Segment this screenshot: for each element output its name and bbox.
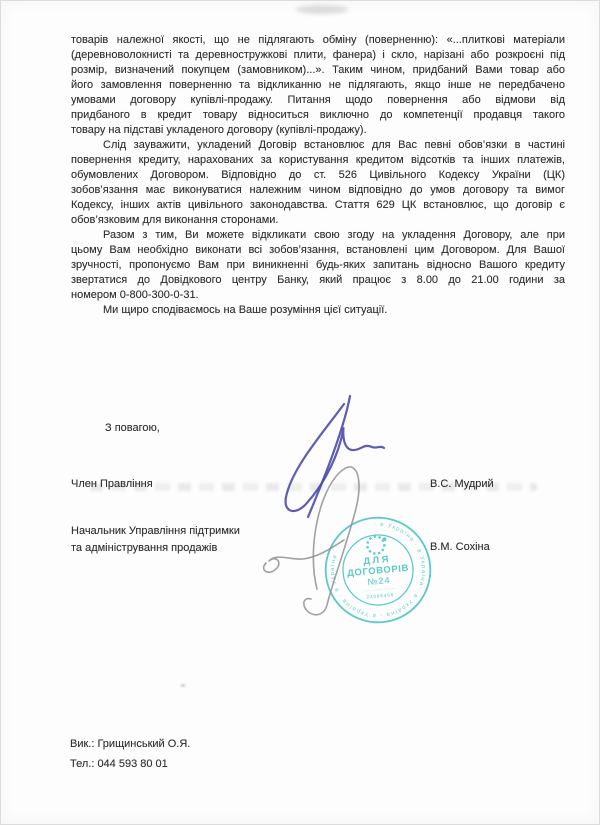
scanned-letter-page: товарів належної якості, що не підлягают… bbox=[0, 0, 600, 825]
stamp-ring-text: · в Україна · в Україна · в Україна · в … bbox=[326, 518, 430, 622]
paragraph: товарів належної якості, що не підлягают… bbox=[71, 33, 565, 138]
stamp-serial: 24065456 bbox=[366, 592, 394, 599]
paragraph-line: обумовлених Договором. Відповідно до ст.… bbox=[71, 168, 565, 183]
paragraph-line: розмір, визначений покупцем (замовником)… bbox=[71, 63, 565, 78]
paragraph-line: його замовлення поверненню та відкликанн… bbox=[71, 78, 565, 93]
paragraph-line: обов’язковим для виконання сторонами. bbox=[71, 213, 565, 228]
paragraph: Ми щиро сподіваємось на Ваше розуміння ц… bbox=[71, 303, 565, 318]
paragraph-line: Кодексу, інших актів цивільного законода… bbox=[71, 198, 565, 213]
signature-blue-ink bbox=[308, 396, 350, 517]
scan-smudge-top bbox=[296, 5, 348, 14]
paragraph: Слід зауважити, укладений Договір встано… bbox=[71, 138, 565, 228]
paragraph-line: повернення кредиту, нарахованих за корис… bbox=[71, 153, 565, 168]
stamp-outer-ring bbox=[322, 514, 434, 626]
paragraph-line: товарів належної якості, що не підлягают… bbox=[71, 33, 565, 48]
stamp-logo-icon bbox=[367, 536, 388, 555]
paragraph-line: зобов’язання має виконуватися належним ч… bbox=[71, 183, 565, 198]
signatory-title-board-member: Член Правління bbox=[71, 477, 153, 492]
paragraph-line: умовами договору купівлі-продажу. Питанн… bbox=[71, 93, 565, 108]
signatory-name-mudryi: В.С. Мудрий bbox=[430, 477, 494, 492]
paragraph-line: звертатися до Довідкового центру Банку, … bbox=[71, 273, 565, 288]
paragraph-line: номером 0-800-300-0-31. bbox=[71, 288, 565, 303]
signature-gray-ink-strike bbox=[264, 540, 344, 572]
paragraph-line: Разом з тим, Ви можете відкликати свою з… bbox=[71, 228, 565, 243]
letter-body: товарів належної якості, що не підлягают… bbox=[71, 33, 565, 318]
round-stamp: · в Україна · в Україна · в Україна · в … bbox=[322, 514, 434, 626]
paragraph-line: Ми щиро сподіваємось на Ваше розуміння ц… bbox=[71, 303, 565, 318]
paragraph-line: цьому Вам необхідно виконати всі зобов’я… bbox=[71, 243, 565, 258]
paragraph-line: (деревноволокнисті та деревностружкові п… bbox=[71, 48, 565, 63]
paragraph-line: Слід зауважити, укладений Договір встано… bbox=[71, 138, 565, 153]
signatory-title-line-2: та адміністрування продажів bbox=[71, 540, 240, 557]
stamp-text-dlya: ДЛЯ bbox=[363, 554, 392, 567]
footer-phone-line: Тел.: 044 593 80 01 bbox=[70, 754, 190, 774]
stamp-inner-ring bbox=[340, 532, 416, 608]
paragraph-line: товару на підставі укладеного договору (… bbox=[71, 123, 565, 138]
signatory-title-sales-admin: Начальник Управління підтримки та адміні… bbox=[71, 523, 240, 557]
footer-executor-line: Вик.: Грищинський О.Я. bbox=[70, 734, 190, 754]
paragraph-line: зручності, пропонуємо Вам при виникненні… bbox=[71, 258, 565, 273]
stamp-micro-line: ··–····–·····–·· bbox=[363, 587, 396, 594]
signatory-title-line-1: Начальник Управління підтримки bbox=[71, 523, 240, 540]
signature-blue-ink-loop bbox=[286, 404, 384, 511]
signatory-name-sokhina: В.М. Сохіна bbox=[430, 540, 490, 555]
stamp-text-number: №24 bbox=[367, 575, 391, 587]
footer-block: Вик.: Грищинський О.Я. Тел.: 044 593 80 … bbox=[70, 734, 190, 774]
closing-line: З повагою, bbox=[105, 421, 160, 436]
paragraph: Разом з тим, Ви можете відкликати свою з… bbox=[71, 228, 565, 303]
stamp-text-dohovoriv: ДОГОВОРІВ bbox=[347, 563, 410, 579]
paragraph-line: придбаного в кредит товару відноситься в… bbox=[71, 108, 565, 123]
svg-text:· в Україна · в Україна · в Ук: · в Україна · в Україна · в Україна · в … bbox=[326, 518, 430, 622]
scan-fleck bbox=[181, 684, 185, 687]
